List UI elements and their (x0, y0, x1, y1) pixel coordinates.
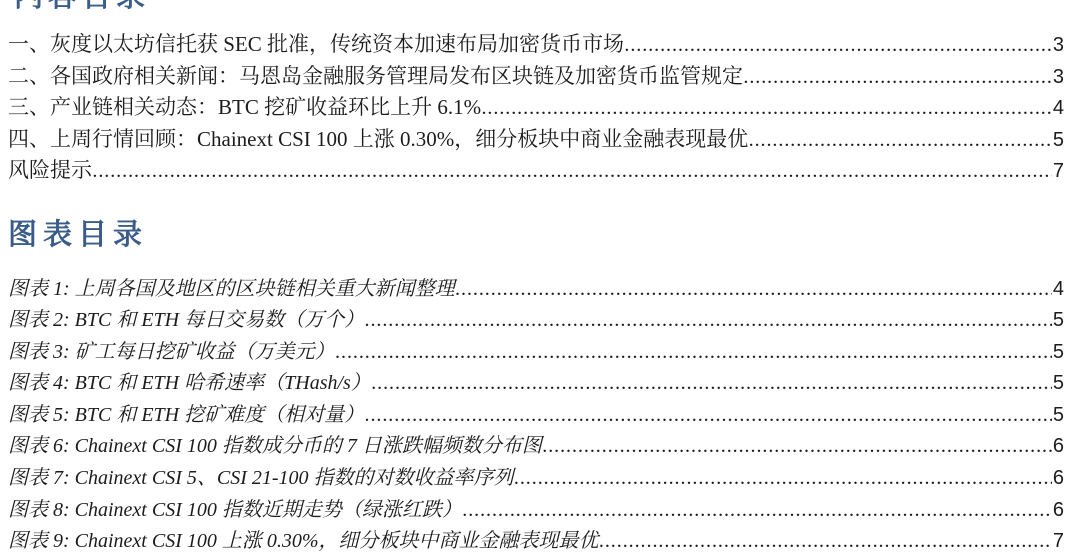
figures-toc-heading: 图表目录 (8, 212, 1064, 248)
figure-entry-label: 图表 9: Chainext CSI 100 上涨 0.30%，细分板块中商业金… (8, 524, 599, 553)
dot-leader: ........................................… (600, 535, 1052, 552)
figure-entry-page: 6 (1053, 499, 1064, 522)
figure-entry-label: 图表 4: BTC 和 ETH 哈希速率（THash/s） (8, 366, 371, 395)
figure-entry-label: 图表 6: Chainext CSI 100 指数成分币的 7 日涨跌幅频数分布… (8, 429, 542, 458)
figure-entry-page: 6 (1053, 467, 1064, 490)
figure-entry[interactable]: 图表 3: 矿工每日挖矿收益（万美元） ....................… (8, 335, 1064, 367)
figures-toc-list: 图表 1: 上周各国及地区的区块链相关重大新闻整理 ..............… (8, 272, 1064, 556)
dot-leader: ........................................… (372, 377, 1052, 394)
toc-entry-page: 3 (1053, 34, 1064, 57)
toc-entry[interactable]: 四、上周行情回顾：Chainext CSI 100 上涨 0.30%，细分板块中… (8, 123, 1064, 155)
figure-entry-label: 图表 1: 上周各国及地区的区块链相关重大新闻整理 (8, 272, 455, 301)
toc-entry-label: 一、灰度以太坊信托获 SEC 批准，传统资本加速布局加密货币市场 (8, 28, 624, 58)
figure-entry[interactable]: 图表 4: BTC 和 ETH 哈希速率（THash/s） ..........… (8, 366, 1064, 398)
toc-entry[interactable]: 风险提示 ...................................… (8, 154, 1064, 186)
toc-entry-page: 7 (1053, 160, 1064, 183)
figure-entry[interactable]: 图表 1: 上周各国及地区的区块链相关重大新闻整理 ..............… (8, 272, 1064, 304)
figure-entry-label: 图表 3: 矿工每日挖矿收益（万美元） (8, 335, 335, 364)
figure-entry-page: 7 (1053, 530, 1064, 553)
figure-entry-label: 图表 2: BTC 和 ETH 每日交易数（万个） (8, 303, 364, 332)
figure-entry[interactable]: 图表 2: BTC 和 ETH 每日交易数（万个） ..............… (8, 303, 1064, 335)
dot-leader: ........................................… (336, 346, 1052, 363)
dot-leader: ........................................… (625, 39, 1052, 56)
dot-leader: ........................................… (365, 409, 1052, 426)
toc-entry-label: 风险提示 (8, 154, 92, 184)
figure-entry-page: 4 (1053, 278, 1064, 301)
content-toc-list: 一、灰度以太坊信托获 SEC 批准，传统资本加速布局加密货币市场 .......… (8, 28, 1064, 186)
dot-leader: ........................................… (543, 440, 1052, 457)
figure-entry-page: 5 (1053, 341, 1064, 364)
dot-leader: ........................................… (93, 165, 1052, 182)
figure-entry-label: 图表 5: BTC 和 ETH 挖矿难度（相对量） (8, 398, 364, 427)
toc-entry-page: 5 (1053, 129, 1064, 152)
toc-entry-label: 二、各国政府相关新闻：马恩岛金融服务管理局发布区块链及加密货币监管规定 (8, 60, 743, 90)
toc-entry-label: 四、上周行情回顾：Chainext CSI 100 上涨 0.30%，细分板块中… (8, 123, 748, 153)
figure-entry-page: 5 (1053, 372, 1064, 395)
figure-entry-label: 图表 7: Chainext CSI 5、CSI 21-100 指数的对数收益率… (8, 461, 514, 490)
figure-entry-page: 5 (1053, 404, 1064, 427)
toc-entry-page: 4 (1053, 97, 1064, 120)
toc-entry[interactable]: 一、灰度以太坊信托获 SEC 批准，传统资本加速布局加密货币市场 .......… (8, 28, 1064, 60)
dot-leader: ........................................… (456, 283, 1052, 300)
toc-entry-page: 3 (1053, 66, 1064, 89)
figure-entry[interactable]: 图表 6: Chainext CSI 100 指数成分币的 7 日涨跌幅频数分布… (8, 429, 1064, 461)
figure-entry[interactable]: 图表 9: Chainext CSI 100 上涨 0.30%，细分板块中商业金… (8, 524, 1064, 556)
toc-entry-label: 三、产业链相关动态：BTC 挖矿收益环比上升 6.1% (8, 91, 481, 121)
toc-entry[interactable]: 三、产业链相关动态：BTC 挖矿收益环比上升 6.1% ............… (8, 91, 1064, 123)
figure-entry[interactable]: 图表 5: BTC 和 ETH 挖矿难度（相对量） ..............… (8, 398, 1064, 430)
dot-leader: ........................................… (463, 504, 1052, 521)
dot-leader: ........................................… (744, 71, 1052, 88)
dot-leader: ........................................… (365, 314, 1052, 331)
figure-entry[interactable]: 图表 7: Chainext CSI 5、CSI 21-100 指数的对数收益率… (8, 461, 1064, 493)
figure-entry[interactable]: 图表 8: Chainext CSI 100 指数近期走势（绿涨红跌） ....… (8, 493, 1064, 525)
figure-entry-page: 6 (1053, 435, 1064, 458)
toc-page: 一、灰度以太坊信托获 SEC 批准，传统资本加速布局加密货币市场 .......… (8, 28, 1064, 556)
content-toc-heading-clipped: 内容目录 (14, 0, 150, 15)
dot-leader: ........................................… (482, 102, 1052, 119)
dot-leader: ........................................… (749, 134, 1052, 151)
figure-entry-label: 图表 8: Chainext CSI 100 指数近期走势（绿涨红跌） (8, 493, 462, 522)
toc-entry[interactable]: 二、各国政府相关新闻：马恩岛金融服务管理局发布区块链及加密货币监管规定 ....… (8, 60, 1064, 92)
dot-leader: ........................................… (515, 472, 1052, 489)
figure-entry-page: 5 (1053, 309, 1064, 332)
